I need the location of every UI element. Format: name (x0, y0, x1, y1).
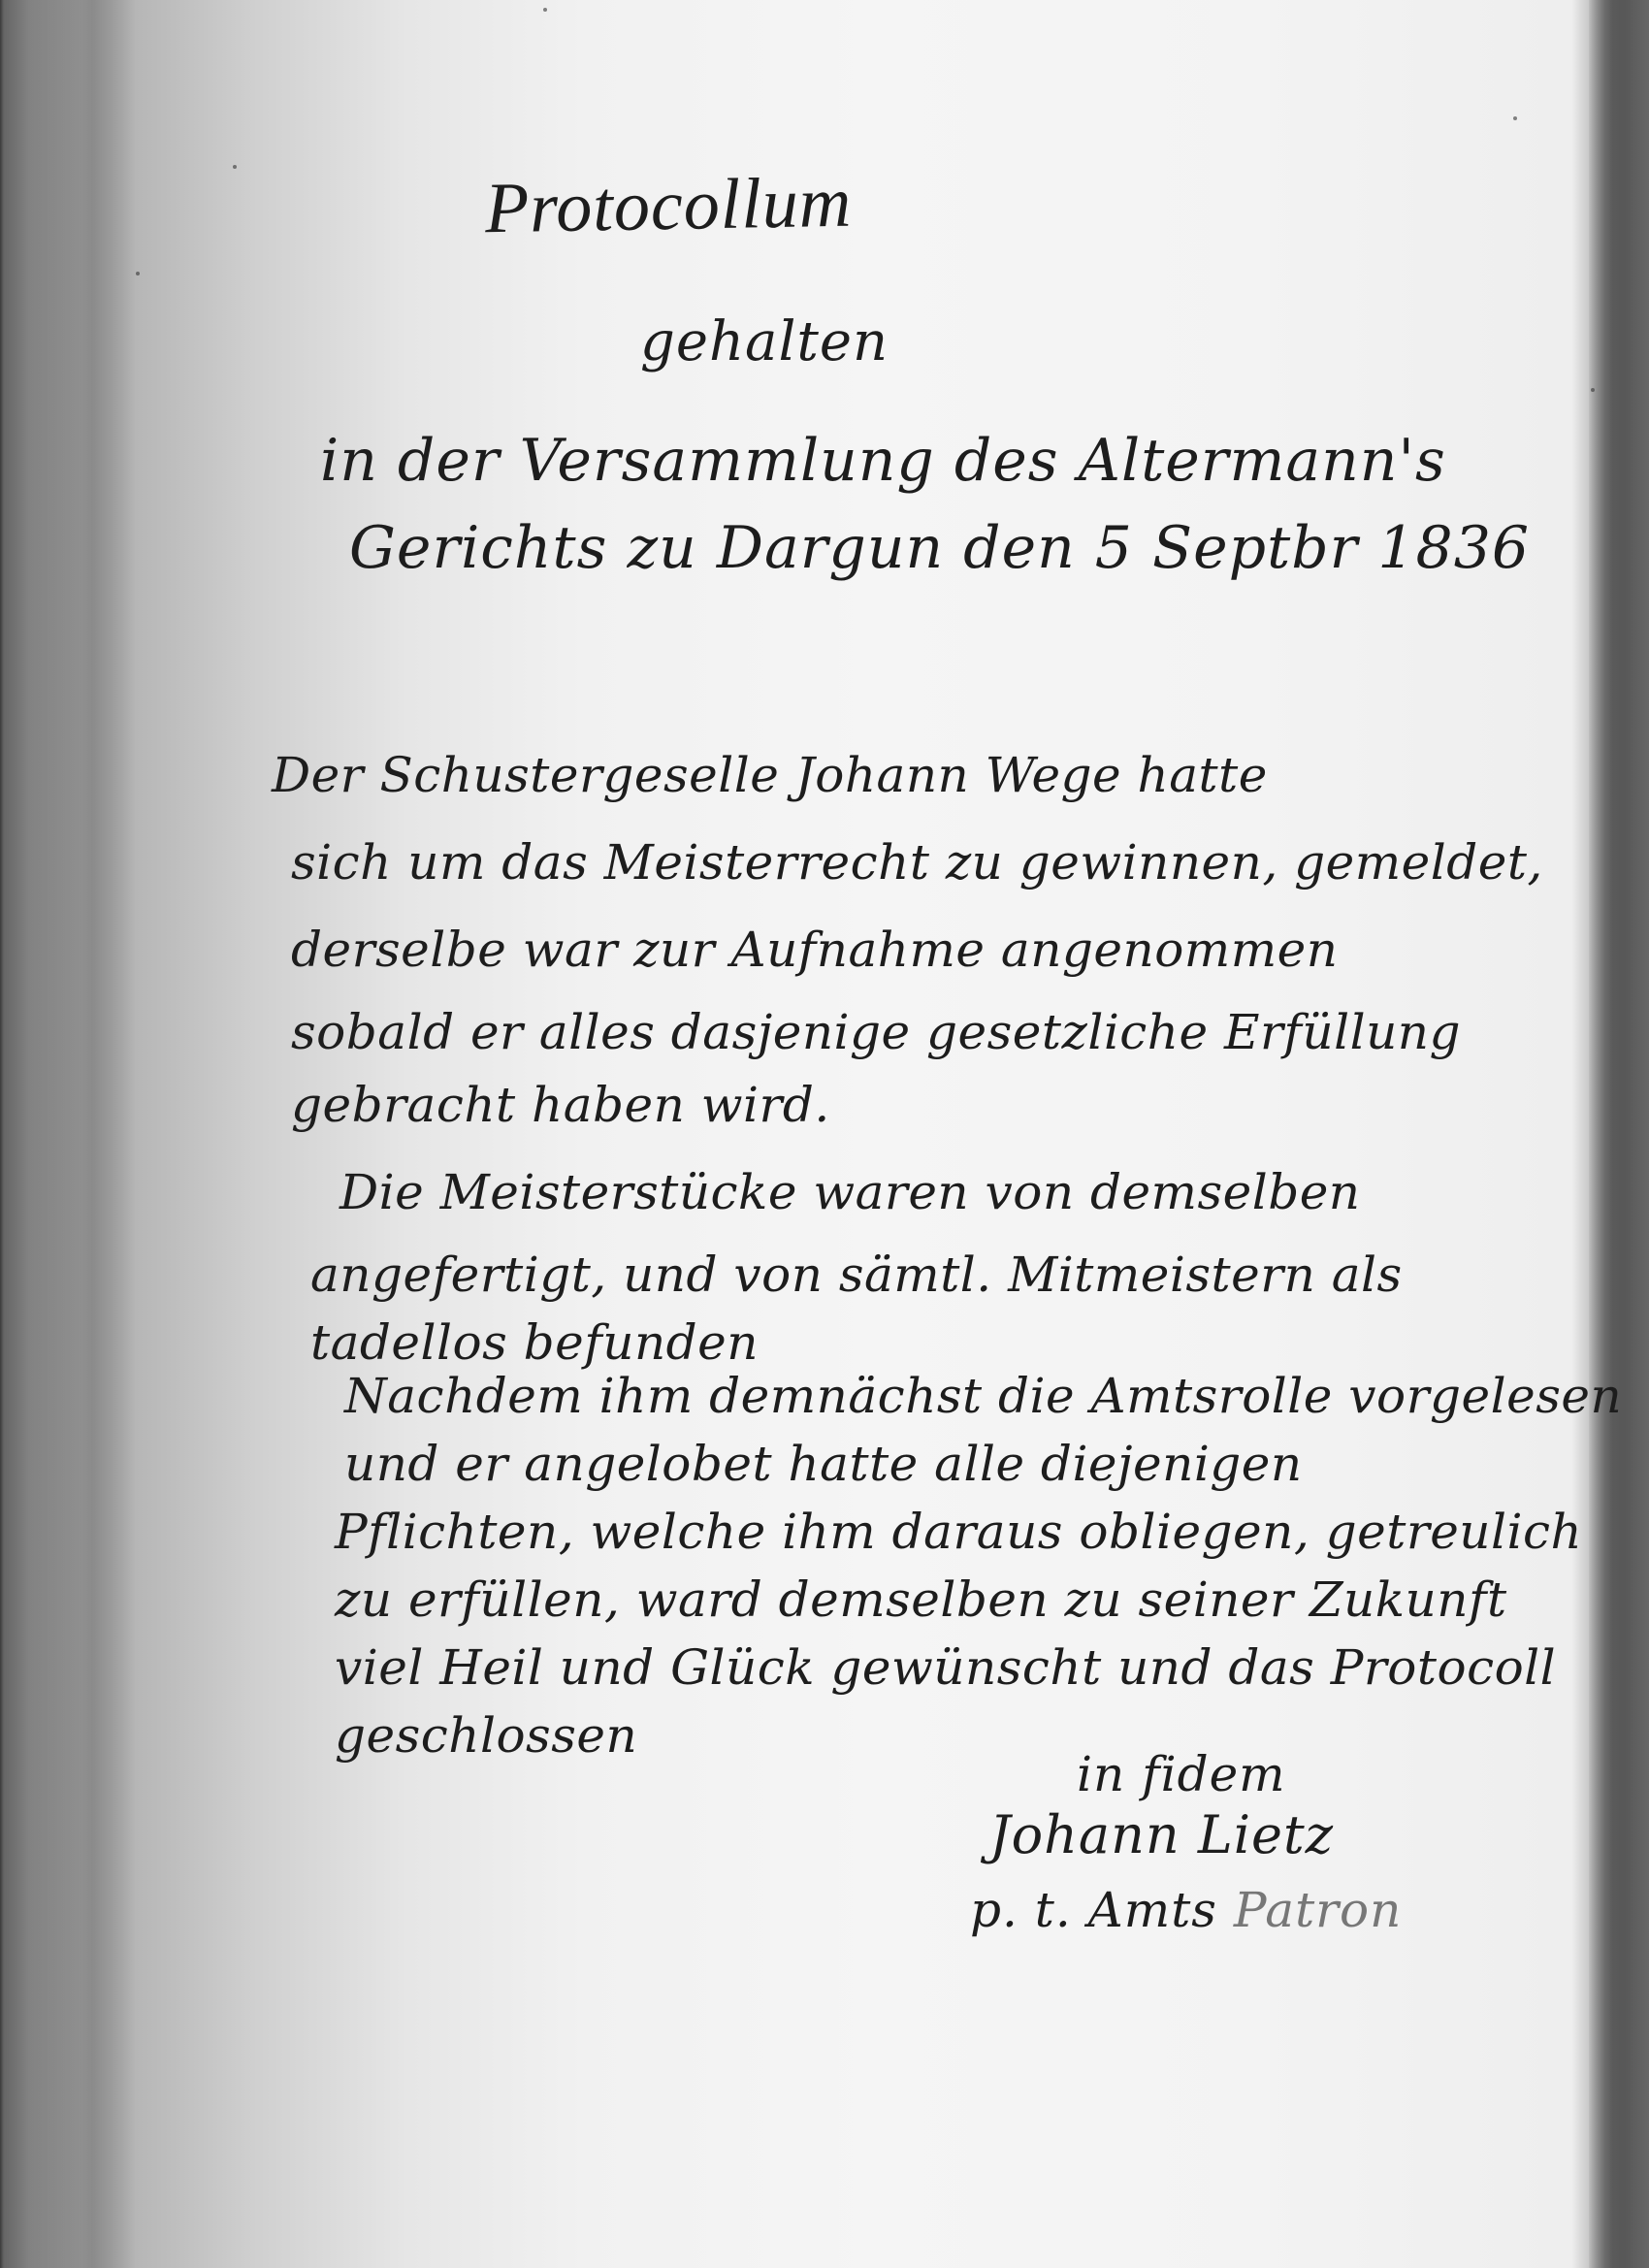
paper-speck (1591, 388, 1595, 392)
body-line: viel Heil und Glück gewünscht und das Pr… (335, 1639, 1556, 1696)
body-line: derselbe war zur Aufnahme angenommen (291, 922, 1338, 978)
paper-speck (136, 272, 140, 275)
body-line: Nachdem ihm demnächst die Amtsrolle vorg… (344, 1368, 1622, 1424)
body-line: geschlossen (335, 1707, 637, 1764)
paper-speck (233, 165, 237, 169)
signature-title-text: p. t. Amts (970, 1882, 1217, 1938)
document-scan: Protocollum gehalten in der Versammlung … (0, 0, 1649, 2268)
signature-title-faint: Patron (1234, 1882, 1403, 1938)
body-line: Pflichten, welche ihm daraus obliegen, g… (335, 1504, 1582, 1560)
document-title: Protocollum (484, 162, 853, 251)
body-line: angefertigt, und von sämtl. Mitmeistern … (310, 1247, 1403, 1303)
body-line: zu erfüllen, ward demselben zu seiner Zu… (335, 1571, 1507, 1628)
signature-name: Johann Lietz (989, 1804, 1334, 1865)
heading-line-2: Gerichts zu Dargun den 5 Septbr 1836 (349, 514, 1530, 582)
body-line: sich um das Meisterrecht zu gewinnen, ge… (291, 834, 1543, 891)
body-line: sobald er alles dasjenige gesetzliche Er… (291, 1004, 1461, 1060)
paper-speck (543, 8, 547, 12)
page-edge-shadow (1589, 0, 1649, 2268)
book-gutter-shadow (0, 0, 136, 2268)
document-subtitle: gehalten (640, 310, 889, 373)
body-line: Die Meisterstücke waren von demselben (339, 1164, 1361, 1220)
paper-speck (1513, 116, 1517, 120)
body-line: Der Schustergeselle Johann Wege hatte (272, 747, 1268, 803)
document-title-text: Protocollum (484, 163, 853, 249)
body-line: und er angelobet hatte alle diejenigen (344, 1436, 1303, 1492)
heading-line-1: in der Versammlung des Altermann's (320, 427, 1446, 495)
body-line: tadellos befunden (310, 1314, 759, 1371)
signature-in-fidem: in fidem (1077, 1746, 1286, 1802)
signature-title: p. t. Amts Patron (970, 1882, 1402, 1938)
body-line: gebracht haben wird. (291, 1077, 830, 1133)
